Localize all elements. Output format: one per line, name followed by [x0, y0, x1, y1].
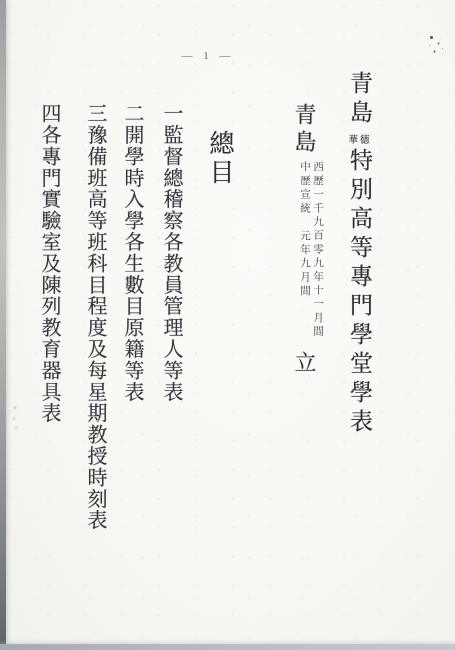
- publisher-suffix: 立: [292, 351, 317, 378]
- toc-item: 四各專門實驗室及陳列教育器具表: [35, 103, 64, 424]
- ink-bleed-mark: [10, 402, 20, 430]
- page-number: — 1 —: [168, 50, 248, 62]
- title-column: 青島德華特別高等專門學堂學表: [343, 71, 376, 438]
- publisher-place: 青島: [292, 103, 317, 157]
- date-annotation: 西歷一千九百零九年十一月間中歷宣統 元年九月間: [298, 161, 324, 339]
- title-place: 青島: [347, 71, 372, 129]
- toc-item: 三豫備班高等班科目程度及每星期教授時刻表: [81, 103, 110, 531]
- date-chinese: 中歷宣統 元年九月間: [298, 161, 311, 339]
- title-annotation: 德華: [348, 132, 369, 146]
- left-edge-shadow: [0, 0, 6, 650]
- toc-item: 二開學時入學各生數目原籍等表: [118, 103, 147, 403]
- title-annotation-char-2: 華: [348, 132, 358, 146]
- date-western: 西歷一千九百零九年十一月間: [311, 161, 324, 339]
- toc-heading: 總目: [201, 130, 237, 188]
- title-text: 特別高等專門學堂學表: [347, 148, 372, 438]
- ink-speckle: [430, 36, 433, 39]
- scanned-page: — 1 — 青島德華特別高等專門學堂學表 青島西歷一千九百零九年十一月間中歷宣統…: [0, 0, 455, 650]
- title-annotation-char-1: 德: [360, 132, 370, 146]
- publisher-column: 青島西歷一千九百零九年十一月間中歷宣統 元年九月間立: [289, 103, 324, 378]
- toc-item: 一監督總稽察各教員管理人等表: [157, 103, 186, 403]
- bottom-edge-shadow: [0, 644, 455, 650]
